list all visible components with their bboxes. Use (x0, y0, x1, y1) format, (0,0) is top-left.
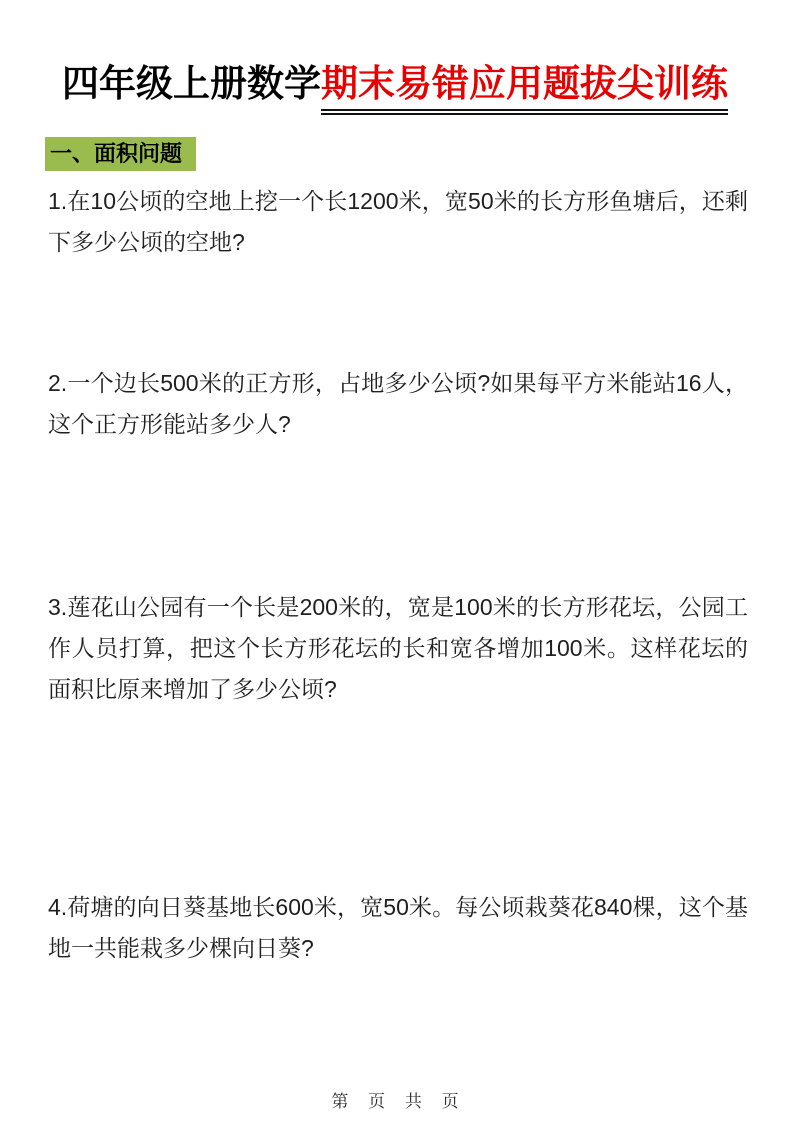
worksheet-page: 四年级上册数学期末易错应用题拔尖训练 一、面积问题 1.在10公顷的空地上挖一个… (0, 0, 793, 1122)
section-header: 一、面积问题 (45, 137, 748, 171)
problem-3: 3.莲花山公园有一个长是200米的，宽是100米的长方形花坛，公园工作人员打算，… (48, 587, 748, 710)
section-label-area-problems: 一、面积问题 (45, 137, 196, 171)
title-red-part: 期末易错应用题拔尖训练 (321, 62, 728, 115)
problem-2: 2.一个边长500米的正方形，占地多少公顷?如果每平方米能站16人，这个正方形能… (48, 363, 748, 445)
problem-1: 1.在10公顷的空地上挖一个长1200米，宽50米的长方形鱼塘后，还剩下多少公顷… (48, 181, 748, 263)
title-black-part: 四年级上册数学 (62, 63, 321, 104)
page-title: 四年级上册数学期末易错应用题拔尖训练 (62, 62, 748, 115)
problem-4: 4.荷塘的向日葵基地长600米，宽50米。每公顷栽葵花840棵，这个基地一共能栽… (48, 887, 748, 969)
page-footer: 第 页 共 页 (0, 1087, 793, 1112)
